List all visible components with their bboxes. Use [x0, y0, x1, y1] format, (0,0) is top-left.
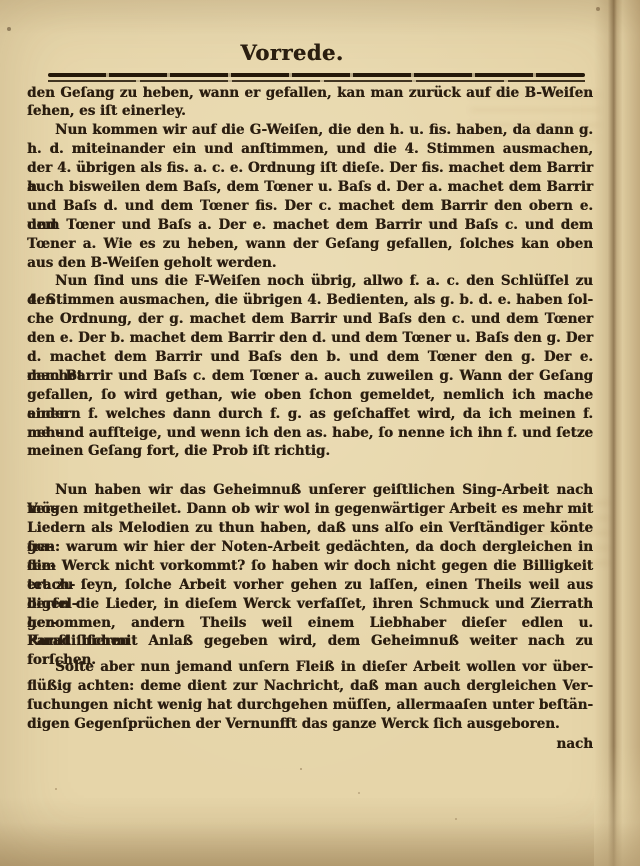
paragraph: Nun haben wir das Geheimnuß unſerer geiſ…	[27, 481, 593, 651]
text-line: digen Gegenſprüchen der Vernunfft das ga…	[27, 715, 593, 734]
text-line: mögen mitgetheilet. Dann ob wir wol in g…	[27, 500, 593, 519]
header-rule-thin	[48, 80, 585, 82]
text-line: Tœner a. Wie es zu heben, wann der Geſan…	[27, 235, 593, 254]
paragraph: Nun ſind uns die F-Weiſen noch übrig, al…	[27, 272, 593, 461]
paragraph: Solte aber nun jemand unſern Fleiß in di…	[27, 658, 593, 734]
paragraph: Nun kommen wir auf die G-Weiſen, die den…	[27, 121, 593, 272]
text-line: Kunſt hiermit Anlaß gegeben wird, dem Ge…	[27, 632, 593, 651]
text-line: ſem Werck nicht vorkommt? ſo haben wir d…	[27, 557, 593, 576]
text-line: flüßig achten: deme dient zur Nachricht,…	[27, 677, 593, 696]
text-line: andern f. welches dann durch f. g. as ge…	[27, 405, 593, 424]
catchword: nach	[27, 736, 593, 752]
header-rule-thick	[48, 73, 585, 77]
page-edge-shadow-bottom	[0, 822, 640, 866]
text-line: d. machet dem Barrir und Baſs den b. und…	[27, 348, 593, 367]
text-line: h. d. miteinander ein und anſtimmen, und…	[27, 140, 593, 159]
text-line: Nun kommen wir auf die G-Weiſen, die den…	[27, 121, 593, 140]
text-line: auch bisweilen dem Baſs, dem Tœner u. Ba…	[27, 178, 593, 197]
header-rule	[48, 73, 585, 82]
text-line: den Geſang zu heben, wann er gefallen, k…	[27, 84, 593, 103]
text-line: Solte aber nun jemand unſern Fleiß in di…	[27, 658, 593, 677]
text-line: gen: warum wir hier der Noten-Arbeit ged…	[27, 538, 593, 557]
text-line: ſehen, es iſt einerley.	[27, 102, 593, 121]
text-line: gefallen, ſo wird gethan, wie oben ſchon…	[27, 386, 593, 405]
text-line: aus den B-Weiſen geholt werden.	[27, 254, 593, 273]
text-line: me und aufſteige, und wenn ich den as. h…	[27, 424, 593, 443]
text-line: che Ordnung, der g. machet dem Barrir un…	[27, 310, 593, 329]
text-line: den e. Der b. machet dem Barrir den d. u…	[27, 329, 593, 348]
text-line: Liedern als Melodien zu thun haben, daß …	[27, 519, 593, 538]
text-line: 4. Stimmen ausmachen, die übrigen 4. Bed…	[27, 291, 593, 310]
page-edge-shadow-right	[594, 0, 640, 866]
paragraph: den Geſang zu heben, wann er gefallen, k…	[27, 84, 593, 122]
body-text: den Geſang zu heben, wann er gefallen, k…	[27, 84, 593, 734]
text-line: der 4. übrigen als fis. a. c. e. Ordnung…	[27, 159, 593, 178]
page-content: Vorrede. den Geſang zu heben, wann er ge…	[27, 0, 593, 752]
text-line: meinen Geſang fort, die Prob iſt richtig…	[27, 442, 593, 461]
text-line: bigen die Lieder, in dieſem Werck verfaſ…	[27, 595, 593, 614]
text-line: Nun haben wir das Geheimnuß unſerer geiſ…	[27, 481, 593, 500]
paper-specks	[0, 0, 2, 2]
text-line: und Baſs d. und dem Tœner fis. Der c. ma…	[27, 197, 593, 216]
text-line: dem Tœner und Baſs a. Der e. machet dem …	[27, 216, 593, 235]
scanned-book-page: Vorrede. den Geſang zu heben, wann er ge…	[0, 0, 640, 866]
text-line: Nun ſind uns die F-Weiſen noch übrig, al…	[27, 272, 593, 291]
text-line: genommen, andern Theils weil einem Liebh…	[27, 614, 593, 633]
page-title: Vorrede.	[9, 40, 575, 65]
text-line: tet zu ſeyn, ſolche Arbeit vorher gehen …	[27, 576, 593, 595]
text-line: dem Barrir und Baſs c. dem Tœner a. auch…	[27, 367, 593, 386]
text-line: ſuchungen nicht wenig hat durchgehen müſ…	[27, 696, 593, 715]
